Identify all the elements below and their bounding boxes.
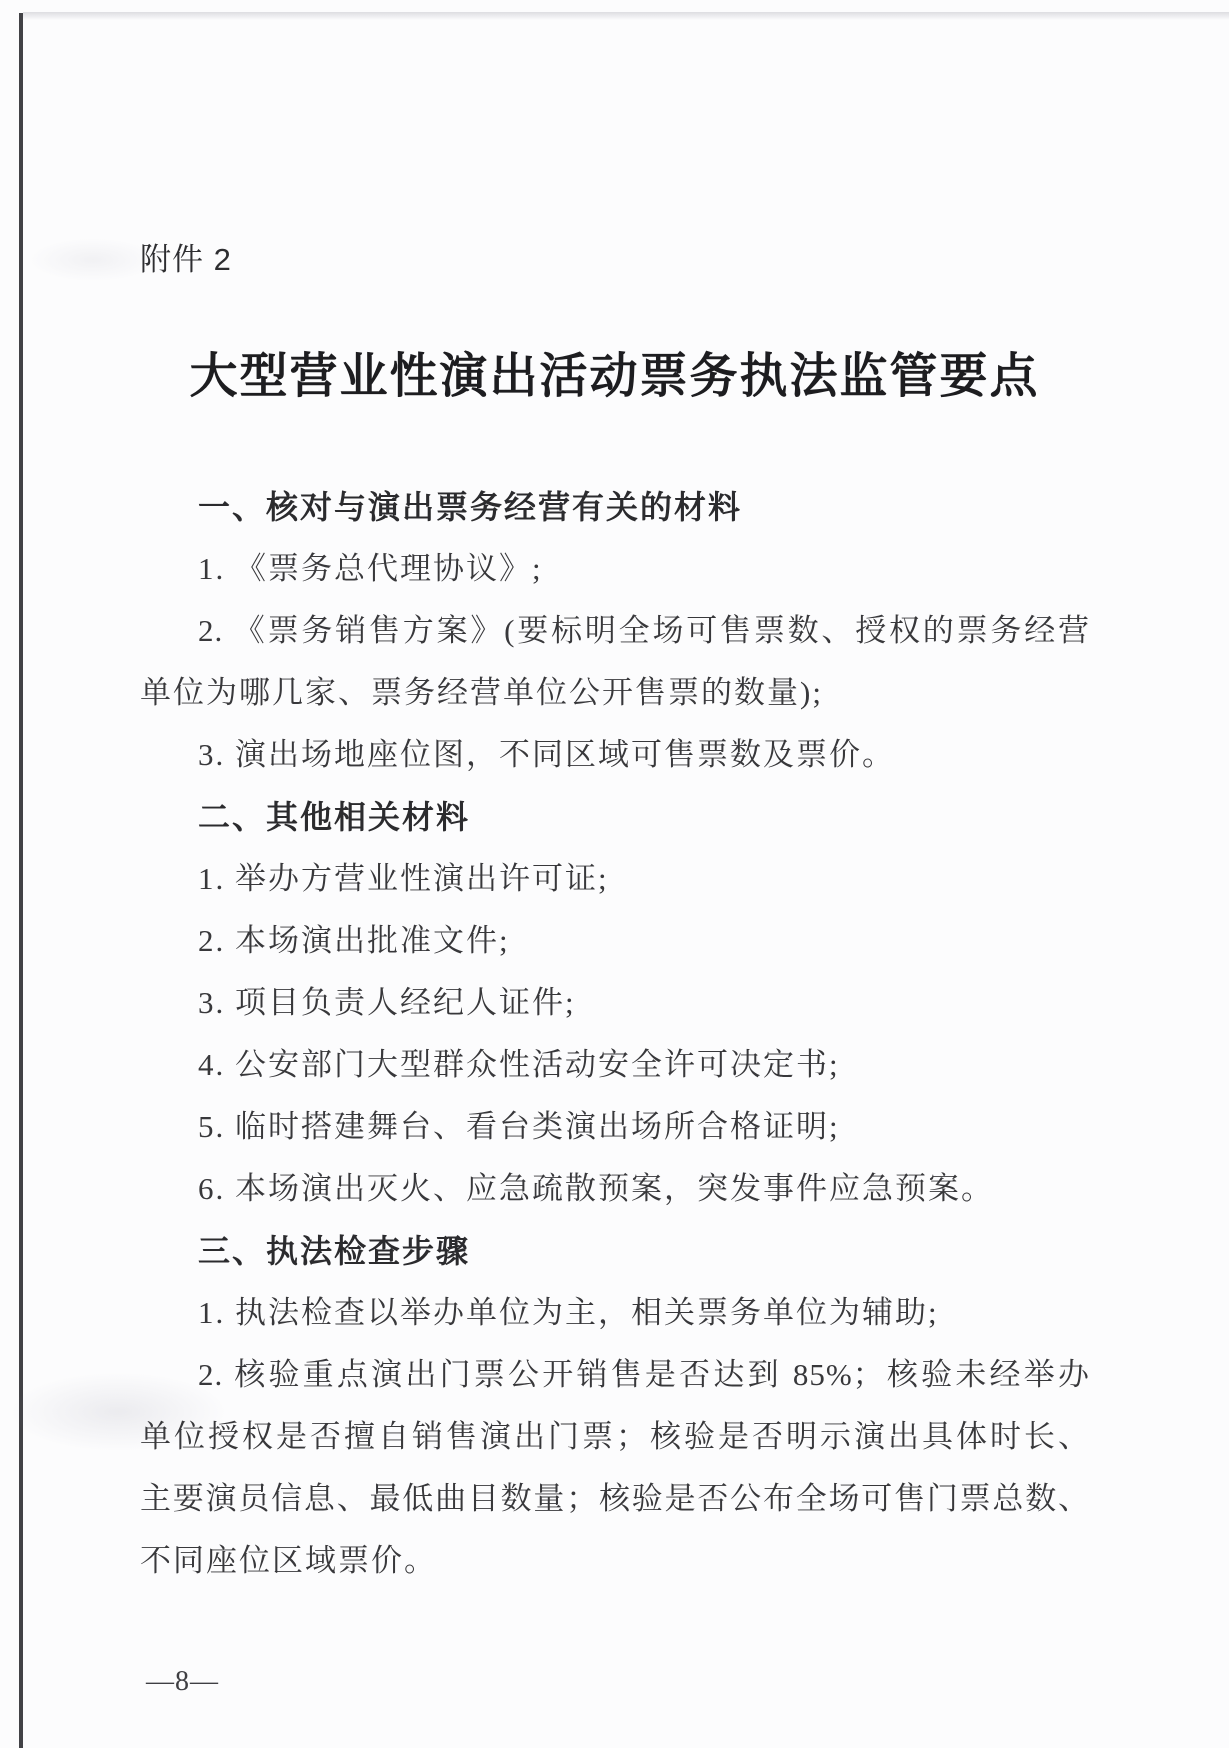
scan-edge-line xyxy=(19,13,23,1748)
list-item-line: 5. 临时搭建舞台、看台类演出场所合格证明; xyxy=(140,1096,1090,1158)
list-item-line: 3. 演出场地座位图，不同区域可售票数及票价。 xyxy=(140,724,1090,786)
attachment-label: 附件 2 xyxy=(140,240,232,280)
scan-artifact-top-band xyxy=(23,12,1229,20)
list-item-line: 3. 项目负责人经纪人证件; xyxy=(140,972,1090,1034)
section-heading: 二、其他相关材料 xyxy=(140,786,1090,848)
document-title: 大型营业性演出活动票务执法监管要点 xyxy=(0,346,1229,408)
list-item-line: 1. 执法检查以举办单位为主，相关票务单位为辅助; xyxy=(140,1282,1090,1344)
list-item-line: 1. 举办方营业性演出许可证; xyxy=(140,848,1090,910)
list-item-line: 2. 《票务销售方案》(要标明全场可售票数、授权的票务经营 xyxy=(140,600,1090,662)
page-number: —8— xyxy=(146,1664,219,1700)
list-item-line: 2. 本场演出批准文件; xyxy=(140,910,1090,972)
section-heading: 三、执法检查步骤 xyxy=(140,1220,1090,1282)
list-item-line: 6. 本场演出灭火、应急疏散预案，突发事件应急预案。 xyxy=(140,1158,1090,1220)
list-item-line: 4. 公安部门大型群众性活动安全许可决定书; xyxy=(140,1034,1090,1096)
document-body: 一、核对与演出票务经营有关的材料 1. 《票务总代理协议》; 2. 《票务销售方… xyxy=(140,476,1090,1592)
section-heading: 一、核对与演出票务经营有关的材料 xyxy=(140,476,1090,538)
document-page: 附件 2 大型营业性演出活动票务执法监管要点 一、核对与演出票务经营有关的材料 … xyxy=(0,0,1229,1748)
paragraph-line: 主要演员信息、最低曲目数量；核验是否公布全场可售门票总数、 xyxy=(140,1468,1090,1530)
paragraph-line: 单位授权是否擅自销售演出门票；核验是否明示演出具体时长、 xyxy=(140,1406,1090,1468)
list-item-line: 2. 核验重点演出门票公开销售是否达到 85%；核验未经举办 xyxy=(140,1344,1090,1406)
paragraph-line: 单位为哪几家、票务经营单位公开售票的数量); xyxy=(140,662,1090,724)
paragraph-line: 不同座位区域票价。 xyxy=(140,1530,1090,1592)
scan-smudge xyxy=(28,238,158,282)
list-item-line: 1. 《票务总代理协议》; xyxy=(140,538,1090,600)
